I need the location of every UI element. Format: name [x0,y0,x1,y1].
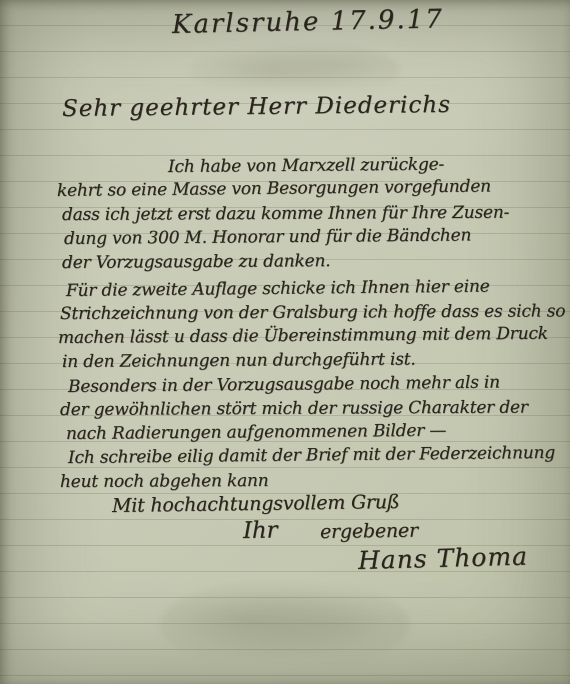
body-line: der Vorzugsausgabe zu danken. [62,251,331,273]
salutation: Sehr geehrter Herr Diederichs [62,92,451,122]
dateline: Karlsruhe 17.9.17 [172,4,444,40]
body-line: dass ich jetzt erst dazu komme Ihnen für… [62,203,509,225]
body-line: Besonders in der Vorzugsausgabe noch meh… [68,372,500,397]
body-line: Strichzeichnung von der Gralsburg ich ho… [60,301,565,324]
body-line: Für die zweite Auflage schicke ich Ihnen… [66,277,490,301]
body-line: in den Zeichnungen nun durchgeführt ist. [62,350,416,372]
watermark-impression-bottom [160,580,410,670]
body-line: dung von 300 M. Honorar und für die Bänd… [64,225,471,249]
valediction: ergebener [320,520,418,543]
body-line: machen lässt u dass die Übereinstimmung … [58,324,548,348]
body-line: heut noch abgehen kann [60,471,269,492]
closing-line: Mit hochachtungsvollem Gruß [112,491,400,517]
body-line: Ich habe von Marxzell zurückge- [168,155,444,177]
signature: Hans Thoma [358,542,529,575]
body-line: kehrt so eine Masse von Besorgungen vorg… [57,176,491,201]
body-line: nach Radierungen aufgenommenen Bilder — [66,421,446,444]
letter-scan: Karlsruhe 17.9.17 Sehr geehrter Herr Die… [0,0,570,684]
body-line: der gewöhnlichen stört mich der russige … [60,398,528,420]
watermark-impression-top [190,42,400,98]
body-line: Ich schreibe eilig damit der Brief mit d… [68,443,555,468]
valediction-prefix: Ihr [243,517,278,544]
